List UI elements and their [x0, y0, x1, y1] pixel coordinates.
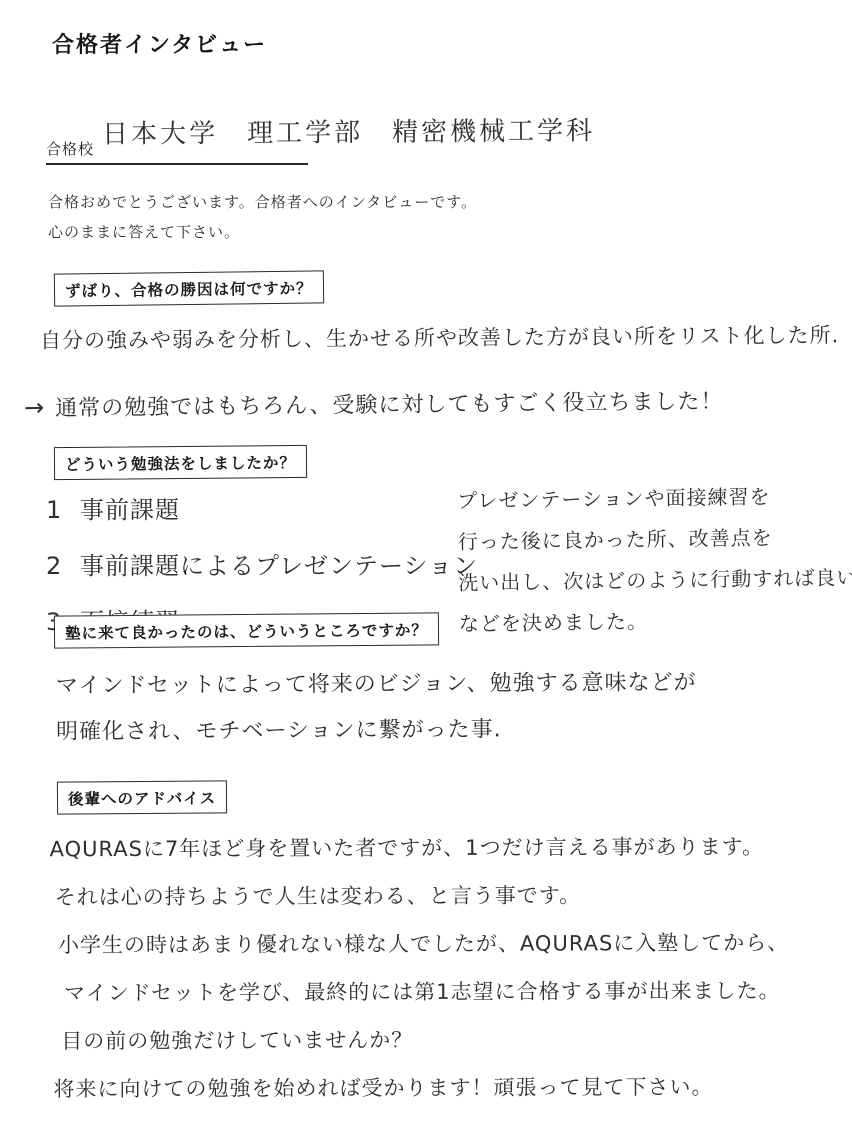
answer-1-followup: →通常の勉強ではもちろん、受験に対してもすごく役立ちました！: [24, 384, 724, 422]
school-field-value: 日本大学 理工学部 精密機械工学科: [102, 110, 595, 150]
answer-1: 自分の強みや弱みを分析し、生かせる所や改善した方が良い所をリスト化した所.: [40, 319, 839, 355]
intro-line-2: 心のままに答えて下さい。: [48, 217, 477, 247]
side-note: プレゼンテーションや面接練習を 行った後に良かった所、改善点を 洗い出し、次はど…: [457, 475, 852, 645]
advice-line: それは心の持ちようで人生は変わる、と言う事です。: [55, 871, 790, 922]
answer-3: マインドセットによって将来のビジョン、勉強する意味などが 明確化され、モチベーシ…: [56, 660, 697, 755]
intro-text: 合格おめでとうございます。合格者へのインタビューです。 心のままに答えて下さい。: [48, 187, 477, 247]
question-box-2: どういう勉強法をしましたか？: [54, 445, 307, 480]
side-note-line: プレゼンテーションや面接練習を: [457, 475, 852, 522]
side-note-line: などを決めました。: [459, 598, 852, 645]
followup-text: 通常の勉強ではもちろん、受験に対してもすごく役立ちました！: [55, 389, 724, 421]
advice-line: 将来に向けての勉強を始めれば受かります！頑張って見て下さい。: [53, 1063, 790, 1114]
advice-line: マインドセットを学び、最終的には第1志望に合格する事が出来ました。: [64, 967, 790, 1018]
interview-document-page: 合格者インタビュー 合格校 日本大学 理工学部 精密機械工学科 合格おめでとうご…: [0, 0, 852, 1139]
advice-line: 目の前の勉強だけしていませんか？: [61, 1015, 790, 1066]
side-note-line: 洗い出し、次はどのように行動すれば良いか: [458, 557, 852, 604]
advice-paragraph: AQURASに7年ほど身を置いた者ですが、1つだけ言える事があります。 それは心…: [39, 823, 789, 1114]
question-box-1: ずばり、合格の勝因は何ですか？: [54, 270, 324, 306]
advice-line: AQURASに7年ほど身を置いた者ですが、1つだけ言える事があります。: [49, 823, 789, 874]
list-item-number: 1: [46, 496, 80, 524]
page-title: 合格者インタビュー: [52, 28, 267, 59]
answer-3-line: マインドセットによって将来のビジョン、勉強する意味などが: [56, 660, 697, 709]
school-underline: [46, 163, 308, 165]
side-note-line: 行った後に良かった所、改善点を: [457, 516, 852, 563]
list-item-text: 事前課題: [80, 496, 180, 524]
list-item-number: 2: [46, 552, 80, 580]
list-item-text: 事前課題によるプレゼンテーション: [80, 552, 478, 580]
list-item: 2事前課題によるプレゼンテーション: [46, 546, 478, 581]
question-box-3: 塾に来て良かったのは、どういうところですか？: [54, 612, 439, 648]
list-item: 1事前課題: [46, 490, 478, 525]
advice-line: 小学生の時はあまり優れない様な人でしたが、AQURASに入塾してから、: [58, 919, 790, 970]
question-box-4: 後輩へのアドバイス: [57, 780, 227, 814]
intro-line-1: 合格おめでとうございます。合格者へのインタビューです。: [48, 187, 477, 217]
answer-3-line: 明確化され、モチベーションに繋がった事.: [56, 706, 697, 755]
school-field-label: 合格校: [46, 138, 94, 159]
arrow-icon: →: [24, 393, 45, 421]
